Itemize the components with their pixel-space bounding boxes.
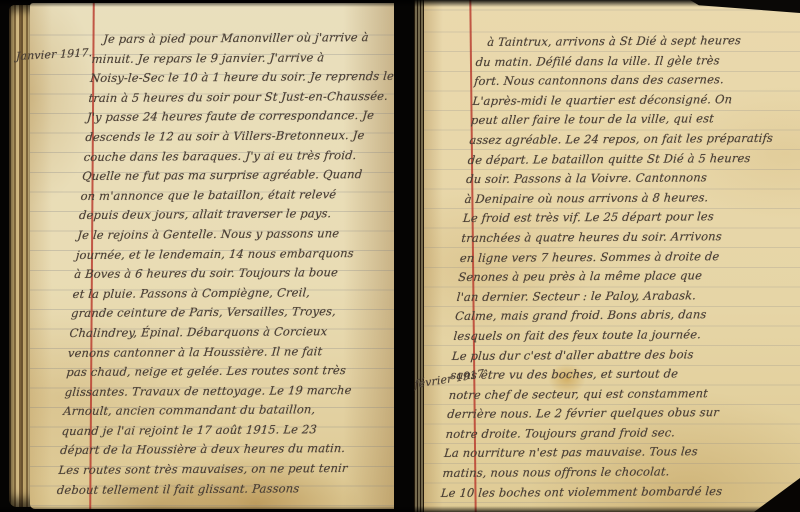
handwritten-line: matins, nous nous offrons le chocolat. — [442, 462, 766, 484]
diary-left-page: Je pars à pied pour Manonviller où j'arr… — [30, 3, 394, 509]
handwritten-line: J'y passe 24 heures faute de corresponda… — [86, 106, 388, 128]
handwritten-line: journée, et le lendemain, 14 nous embarq… — [75, 243, 377, 265]
handwritten-line: notre droite. Toujours grand froid sec. — [445, 423, 769, 445]
handwritten-line: Je pars à pied pour Manonviller où j'arr… — [92, 28, 394, 50]
photo-top-shadow — [0, 0, 800, 7]
handwritten-line: Calme, mais grand froid. Bons abris, dan… — [454, 305, 778, 327]
handwritten-line: assez agréable. Le 24 repos, on fait les… — [469, 129, 793, 151]
handwritten-line: La nourriture n'est pas mauvaise. Tous l… — [443, 442, 767, 464]
handwritten-line: Senones à peu près à la même place que — [457, 266, 781, 288]
diary-right-page: à Taintrux, arrivons à St Dié à sept heu… — [424, 0, 800, 512]
handwritten-line: quand je l'ai rejoint le 17 août 1915. L… — [61, 420, 363, 442]
handwritten-line: à Taintrux, arrivons à St Dié à sept heu… — [476, 31, 800, 53]
stacked-page-edges — [414, 0, 424, 512]
handwritten-line: sans être vu des boches, et surtout de — [450, 364, 774, 386]
handwritten-line: en ligne vers 7 heures. Sommes à droite … — [459, 246, 783, 268]
scanned-diary-photo: Je pars à pied pour Manonviller où j'arr… — [0, 0, 800, 512]
handwritten-line: pas chaud, neige et gelée. Les routes so… — [66, 361, 368, 383]
handwritten-line: Quelle ne fut pas ma surprise agréable. … — [81, 165, 383, 187]
handwritten-line: peut aller faire le tour de la ville, qu… — [470, 109, 794, 131]
handwritten-line: L'après-midi le quartier est déconsigné.… — [472, 90, 796, 112]
handwritten-line: et la pluie. Passons à Compiègne, Creil, — [72, 283, 374, 305]
handwritten-line: du soir. Passons à la Voivre. Cantonnons — [465, 168, 789, 190]
handwritten-line: depuis deux jours, allait traverser le p… — [78, 204, 380, 226]
handwriting-left: Je pars à pied pour Manonviller où j'arr… — [56, 28, 394, 500]
handwritten-line: glissantes. Travaux de nettoyage. Le 19 … — [64, 381, 366, 403]
handwritten-line: départ de la Houssière à deux heures du … — [59, 439, 361, 461]
handwritten-line: grande ceinture de Paris, Versailles, Tr… — [70, 302, 372, 324]
handwritten-line: venons cantonner à la Houssière. Il ne f… — [67, 341, 369, 363]
handwritten-line: on m'annonce que le bataillon, était rel… — [80, 185, 382, 207]
photo-bottom-shadow — [0, 506, 800, 512]
handwritten-line: Le froid est très vif. Le 25 départ pour… — [462, 207, 786, 229]
handwritten-line: tranchées à quatre heures du soir. Arriv… — [461, 227, 785, 249]
handwritten-line: Les routes sont très mauvaises, on ne pe… — [58, 459, 360, 481]
handwritten-line: Arnoult, ancien commandant du bataillon, — [62, 400, 364, 422]
handwritten-line: du matin. Défilé dans la ville. Il gèle … — [475, 50, 799, 72]
handwritten-line: couche dans les baraques. J'y ai eu très… — [83, 145, 385, 167]
handwritten-line: minuit. Je repars le 9 janvier. J'arrive… — [91, 47, 393, 69]
handwritten-line: notre chef de secteur, qui est constamme… — [448, 383, 772, 405]
handwritten-line: Chalindrey, Épinal. Débarquons à Corcieu… — [69, 322, 371, 344]
handwritten-line: derrière nous. Le 2 février quelques obu… — [446, 403, 770, 425]
handwritten-line: de départ. Le bataillon quitte St Dié à … — [467, 148, 791, 170]
handwritten-line: Le 10 les boches ont violemment bombardé… — [440, 481, 764, 503]
handwritten-line: train à 5 heures du soir pour St Just-en… — [88, 87, 390, 109]
handwritten-line: Noisy-le-Sec le 10 à 1 heure du soir. Je… — [89, 67, 391, 89]
handwritten-line: Je le rejoins à Gentelle. Nous y passons… — [77, 224, 379, 246]
handwritten-line: fort. Nous cantonnons dans des casernes. — [473, 70, 797, 92]
handwritten-line: à Denipaire où nous arrivons à 8 heures. — [464, 187, 788, 209]
handwritten-line: à Boves à 6 heures du soir. Toujours la … — [73, 263, 375, 285]
handwritten-line: debout tellement il fait glissant. Passo… — [56, 479, 358, 501]
handwritten-line: Le plus dur c'est d'aller abattre des bo… — [451, 344, 775, 366]
handwritten-line: l'an dernier. Secteur : le Paloy, Arabas… — [456, 285, 780, 307]
handwriting-right: à Taintrux, arrivons à St Dié à sept heu… — [440, 31, 800, 503]
handwritten-line: lesquels on fait des feux toute la journ… — [453, 325, 777, 347]
binding-gutter — [392, 0, 426, 512]
handwritten-line: descends le 12 au soir à Villers-Bretonn… — [85, 126, 387, 148]
